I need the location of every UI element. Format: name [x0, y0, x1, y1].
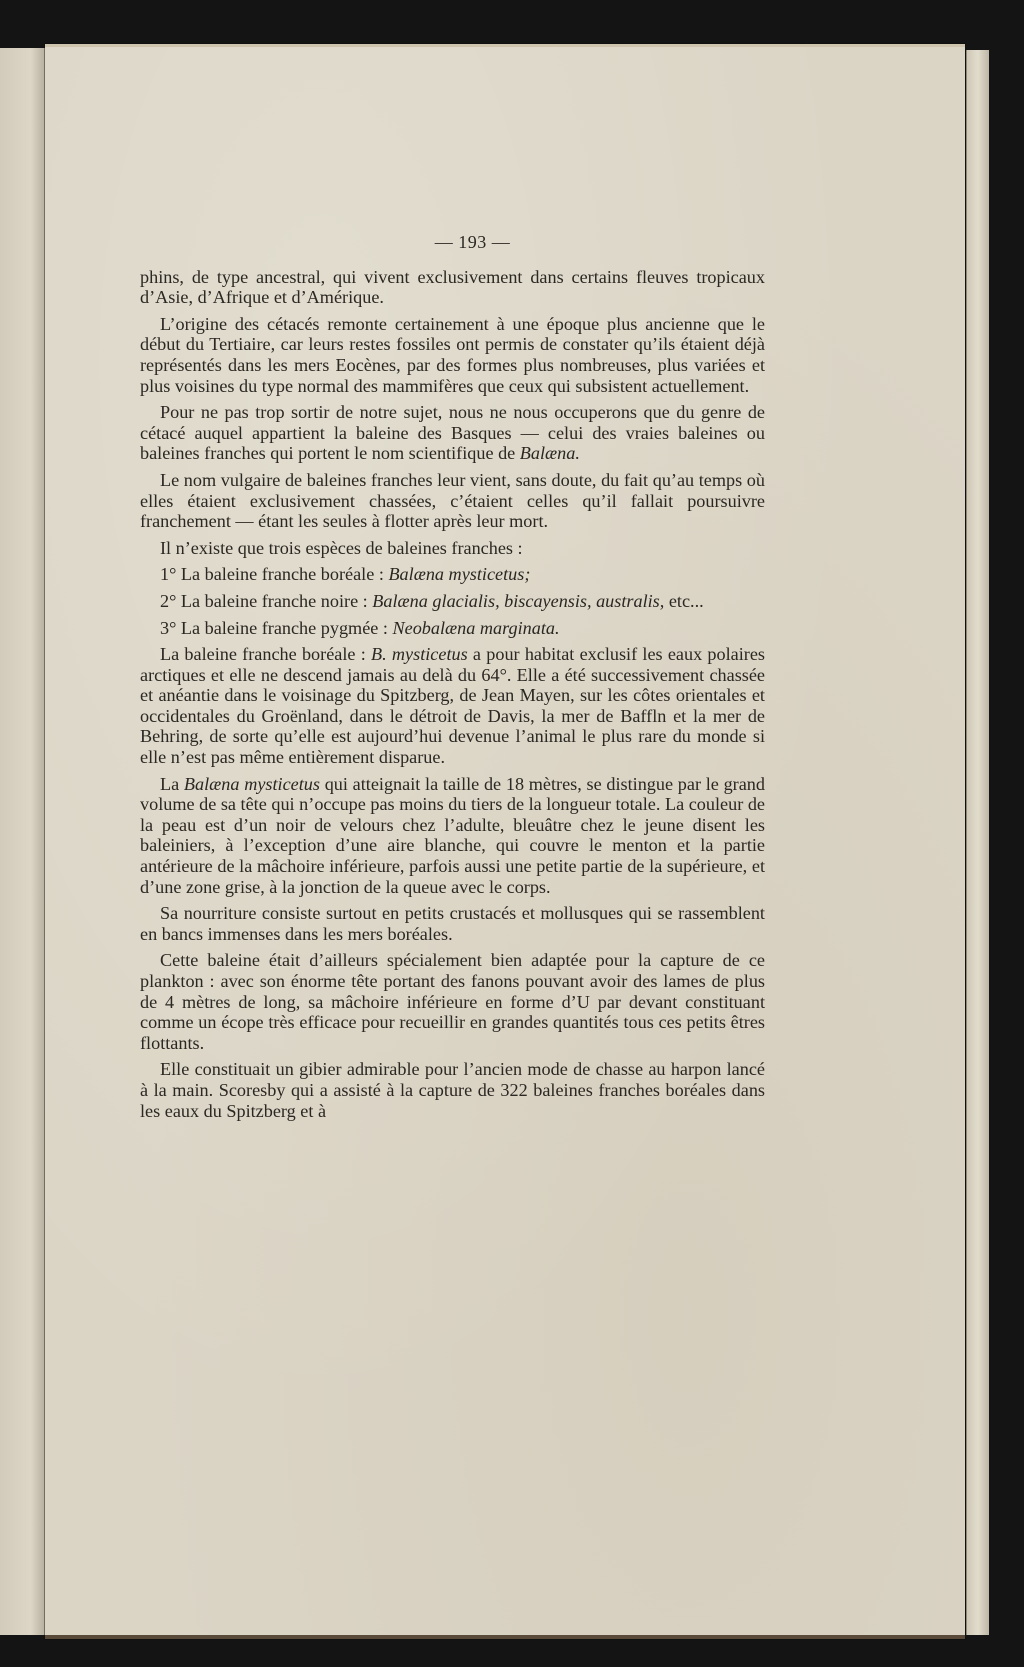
italic-text: Balæna. [520, 443, 580, 463]
paragraph: Il n’existe que trois espèces de baleine… [140, 538, 765, 559]
paragraph: L’origine des cétacés remonte certaineme… [140, 314, 765, 396]
paragraphs: phins, de type ancestral, qui vivent exc… [140, 267, 765, 1122]
page-text: — 193 — phins, de type ancestral, qui vi… [140, 232, 765, 1127]
text-run: Le nom vulgaire de baleines franches leu… [140, 470, 765, 531]
paragraph: phins, de type ancestral, qui vivent exc… [140, 267, 765, 308]
paragraph: 3° La baleine franche pygmée : Neobalæna… [140, 618, 765, 639]
italic-text: Balæna mysticetus [184, 774, 320, 794]
italic-text: B. mysticetus [371, 644, 468, 664]
facing-page-edge [0, 48, 45, 1635]
page-stack-edge [966, 50, 989, 1635]
text-run: La [160, 774, 184, 794]
paragraph: 2° La baleine franche noire : Balæna gla… [140, 591, 765, 612]
italic-text: Balæna mysticetus; [388, 564, 530, 584]
text-run: La baleine franche boréale : [160, 644, 371, 664]
text-run: 1° La baleine franche boréale : [160, 564, 388, 584]
text-run: Cette baleine était d’ailleurs spécialem… [140, 950, 765, 1052]
italic-text: Neobalæna marginata. [393, 618, 560, 638]
text-run: Pour ne pas trop sortir de notre sujet, … [140, 402, 765, 463]
paragraph: La Balæna mysticetus qui atteignait la t… [140, 774, 765, 898]
text-run: Elle constituait un gibier admirable pou… [140, 1059, 765, 1120]
paragraph: La baleine franche boréale : B. mysticet… [140, 644, 765, 768]
paragraph: Le nom vulgaire de baleines franches leu… [140, 470, 765, 532]
text-run: phins, de type ancestral, qui vivent exc… [140, 267, 765, 308]
page-number: — 193 — [180, 232, 765, 253]
paragraph: 1° La baleine franche boréale : Balæna m… [140, 564, 765, 585]
text-run: Il n’existe que trois espèces de baleine… [160, 538, 523, 558]
paragraph: Sa nourriture consiste surtout en petits… [140, 903, 765, 944]
italic-text: Balæna glacialis, biscayensis, australis… [372, 591, 664, 611]
paragraph: Pour ne pas trop sortir de notre sujet, … [140, 402, 765, 464]
text-run: etc... [664, 591, 703, 611]
text-run: 2° La baleine franche noire : [160, 591, 372, 611]
text-run: Sa nourriture consiste surtout en petits… [140, 903, 765, 944]
text-run: 3° La baleine franche pygmée : [160, 618, 393, 638]
text-run: L’origine des cétacés remonte certaineme… [140, 314, 765, 396]
paragraph: Elle constituait un gibier admirable pou… [140, 1059, 765, 1121]
paragraph: Cette baleine était d’ailleurs spécialem… [140, 950, 765, 1053]
